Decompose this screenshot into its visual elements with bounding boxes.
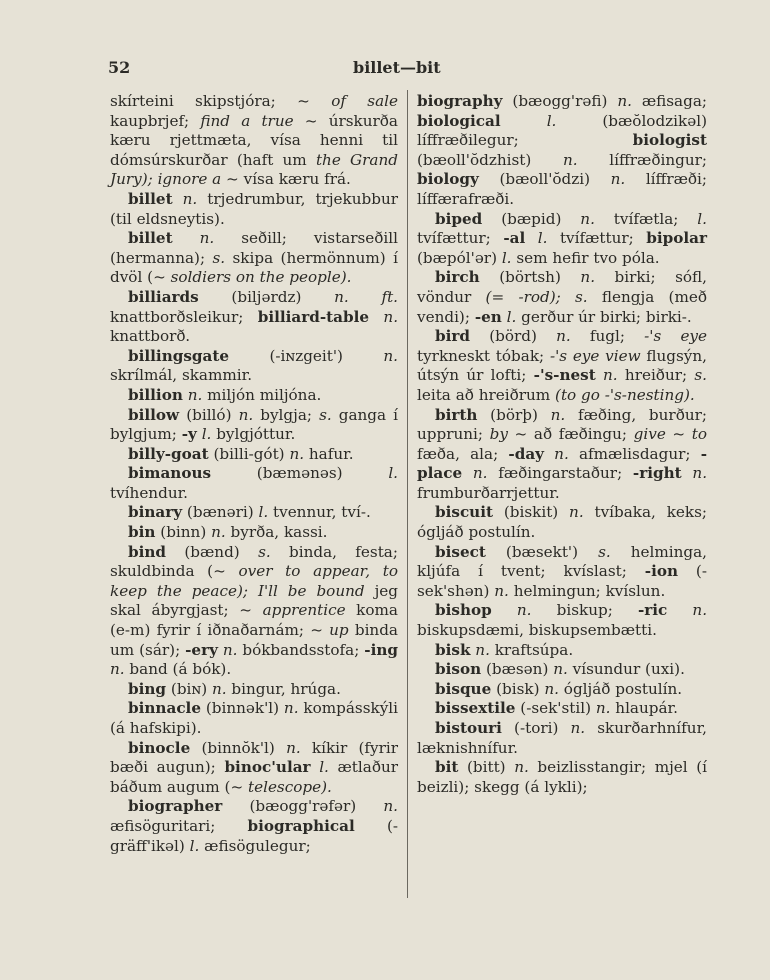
dictionary-entry: bimanous (bæmənəs) l. tvíhendur.	[110, 464, 398, 503]
definition-text: biskupsdæmi, biskupsembætti.	[417, 621, 657, 639]
italic-text: (to go -'s-nesting).	[555, 386, 695, 404]
definition-text: (bæsekt')	[486, 543, 598, 561]
dictionary-entry: bistouri (-tori) n. skurðarhnífur, lækni…	[417, 719, 707, 758]
italic-text: l.	[202, 425, 212, 443]
italic-text: l.	[259, 503, 269, 521]
definition-text: bókbandsstofa;	[237, 641, 364, 659]
italic-text: n.	[580, 268, 595, 286]
headword: bipolar	[646, 229, 707, 247]
definition-text	[311, 758, 320, 776]
definition-text: (biɴ)	[166, 680, 212, 698]
right-column: biography (bæogg'rəfi) n. æfisaga; biolo…	[417, 92, 707, 797]
headword: bison	[435, 660, 481, 678]
italic-text: n.	[188, 386, 203, 404]
headword: -y	[182, 425, 197, 443]
italic-text: n.	[692, 601, 707, 619]
dictionary-entry: bisque (bisk) n. ógljáð postulín.	[417, 680, 707, 700]
definition-text: bylgjóttur.	[211, 425, 295, 443]
dictionary-entry: skírteini skipstjóra; ~ of sale kaupbrje…	[110, 92, 398, 190]
italic-text: -'s eye	[644, 327, 707, 345]
dictionary-entry: billow (billó) n. bylgja; s. ganga í byl…	[110, 406, 398, 445]
definition-text: æfisöguritari;	[110, 817, 248, 835]
italic-text: n.	[692, 464, 707, 482]
definition-text: biskup;	[531, 601, 637, 619]
italic-text: l.	[388, 464, 398, 482]
italic-text: l.	[319, 758, 329, 776]
headword: billet	[128, 229, 173, 247]
italic-text: ~ soldiers on the people).	[153, 268, 351, 286]
definition-text: tvífættur;	[417, 229, 503, 247]
definition-text: byrða, kassi.	[226, 523, 328, 541]
dictionary-entry: bird (börd) n. fugl; -'s eye tyrkneskt t…	[417, 327, 707, 405]
headword: bin	[128, 523, 155, 541]
definition-text: knattborðsleikur;	[110, 308, 258, 326]
headword: birth	[435, 406, 477, 424]
headword: bishop	[435, 601, 492, 619]
definition-text: (bænəri)	[182, 503, 258, 521]
definition-text	[462, 464, 473, 482]
italic-text: s.	[319, 406, 332, 424]
definition-text	[173, 229, 200, 247]
dictionary-entry: biographer (bæogg'rəfər) n. æfisöguritar…	[110, 797, 398, 856]
headword: billy-goat	[128, 445, 209, 463]
definition-text: frumburðarrjettur.	[417, 484, 560, 502]
italic-text: n.	[383, 308, 398, 326]
definition-text: kraftsúpa.	[490, 641, 573, 659]
dictionary-entry: bisect (bæsekt') s. helminga, kljúfa í t…	[417, 543, 707, 602]
headword: bisk	[435, 641, 470, 659]
definition-text: að fæðingu;	[527, 425, 633, 443]
definition-text: líffræðingur;	[578, 151, 707, 169]
headword: bisect	[435, 543, 486, 561]
definition-text: (bæogg'rəfər)	[222, 797, 383, 815]
definition-text: skírteini skipstjóra;	[110, 92, 297, 110]
headword: biologist	[633, 131, 707, 149]
dictionary-entry: biped (bæpid) n. tvífætla; l. tvífættur;…	[417, 210, 707, 269]
dictionary-entry: billingsgate (-iɴzgeit') n. skrílmál, sk…	[110, 347, 398, 386]
headword: birch	[435, 268, 480, 286]
headword: billion	[128, 386, 183, 404]
italic-text: n.	[183, 190, 198, 208]
definition-text: (börþ)	[477, 406, 550, 424]
definition-text: fæða, ala;	[417, 445, 508, 463]
definition-text	[561, 288, 575, 306]
headword: biped	[435, 210, 482, 228]
dictionary-entry: binocle (binnŏk'l) n. kíkir (fyrir bæði …	[110, 739, 398, 798]
italic-text: n.	[571, 719, 586, 737]
definition-text: (-sek'stil)	[515, 699, 595, 717]
column-divider	[407, 90, 408, 898]
italic-text: n.	[211, 523, 226, 541]
definition-text: tvennur, tví-.	[268, 503, 371, 521]
italic-text: n. ft.	[334, 288, 398, 306]
italic-text: s.	[598, 543, 611, 561]
headword: billingsgate	[128, 347, 229, 365]
italic-text: n.	[596, 699, 611, 717]
definition-text: (biskit)	[493, 503, 569, 521]
italic-text: n.	[383, 347, 398, 365]
definition-text: (börtsh)	[480, 268, 581, 286]
definition-text	[525, 229, 538, 247]
left-column: skírteini skipstjóra; ~ of sale kaupbrje…	[110, 92, 398, 856]
headword: bind	[128, 543, 166, 561]
definition-text: afmælisdagur;	[569, 445, 701, 463]
dictionary-entry: billy-goat (billi-gót) n. hafur.	[110, 445, 398, 465]
definition-text: (binn)	[155, 523, 211, 541]
headword: biscuit	[435, 503, 493, 521]
definition-text: ógljáð postulín.	[559, 680, 682, 698]
headword: biographical	[248, 817, 355, 835]
italic-text: ~ up	[310, 621, 348, 639]
definition-text: (bæmənəs)	[211, 464, 388, 482]
page-header: 52 billet—bit	[108, 58, 698, 82]
definition-text: fæðingarstaður;	[487, 464, 632, 482]
dictionary-entry: birth (börþ) n. fæðing, burður; uppruni;…	[417, 406, 707, 504]
italic-text: n.	[563, 151, 578, 169]
dictionary-entry: bison (bæsən) n. vísundur (uxi).	[417, 660, 707, 680]
headword: bisque	[435, 680, 491, 698]
italic-text: l.	[547, 112, 557, 130]
italic-text: s.	[575, 288, 588, 306]
headword: biological	[417, 112, 501, 130]
definition-text	[492, 601, 517, 619]
headword: bird	[435, 327, 470, 345]
headword: binnacle	[128, 699, 201, 717]
italic-text: l.	[507, 308, 517, 326]
headword: bistouri	[435, 719, 502, 737]
italic-text: n.	[544, 680, 559, 698]
italic-text: n.	[603, 366, 618, 384]
definition-text: (binnək'l)	[201, 699, 284, 717]
headword: -al	[503, 229, 525, 247]
italic-text: n.	[473, 464, 488, 482]
headword: -ion	[645, 562, 678, 580]
italic-text: n.	[110, 660, 125, 678]
headword: binocle	[128, 739, 190, 757]
definition-text: bylgja;	[253, 406, 319, 424]
headword: -ing	[364, 641, 398, 659]
definition-text	[369, 308, 383, 326]
headword: -en	[475, 308, 502, 326]
page-number: 52	[108, 58, 130, 77]
italic-text: n.	[494, 582, 509, 600]
definition-text: (bisk)	[491, 680, 544, 698]
headword: biographer	[128, 797, 222, 815]
italic-text: -'s eye view	[550, 347, 641, 365]
italic-text: n.	[553, 660, 568, 678]
definition-text: hafur.	[304, 445, 353, 463]
dictionary-entry: bissextile (-sek'stil) n. hlaupár.	[417, 699, 707, 719]
dictionary-entry: binary (bænəri) l. tvennur, tví-.	[110, 503, 398, 523]
italic-text: n.	[200, 229, 215, 247]
italic-text: n.	[551, 406, 566, 424]
headword: -ery	[185, 641, 218, 659]
definition-text: (billi-gót)	[209, 445, 290, 463]
definition-text	[173, 190, 183, 208]
dictionary-entry: bin (binn) n. byrða, kassi.	[110, 523, 398, 543]
dictionary-entry: billet n. trjedrumbur, trjekubbur (til e…	[110, 190, 398, 229]
definition-text: (bænd)	[166, 543, 258, 561]
definition-text: (billó)	[179, 406, 238, 424]
definition-text: vísa kæru frá.	[239, 170, 351, 188]
definition-text: hlaupár.	[610, 699, 678, 717]
definition-text: (bæoll'ŏdzi)	[479, 170, 611, 188]
italic-text: s.	[694, 366, 707, 384]
italic-text: n.	[569, 503, 584, 521]
definition-text: tvífætla;	[595, 210, 697, 228]
definition-text: (biljərdz)	[199, 288, 334, 306]
dictionary-entry: bit (bitt) n. beizlisstangir; mjel (í be…	[417, 758, 707, 797]
dictionary-entry: billet n. seðill; vistarseðill (hermanna…	[110, 229, 398, 288]
definition-text: gerður úr birki; birki-.	[516, 308, 691, 326]
definition-text: (-tori)	[502, 719, 571, 737]
definition-text: leita að hreiðrum	[417, 386, 555, 404]
headword: binary	[128, 503, 182, 521]
headword: -'s-nest	[534, 366, 596, 384]
definition-text: knattborð.	[110, 327, 190, 345]
dictionary-entry: billiards (biljərdz) n. ft. knattborðsle…	[110, 288, 398, 347]
definition-text: helmingun; kvíslun.	[509, 582, 665, 600]
headword: -right	[633, 464, 682, 482]
definition-text: vísundur (uxi).	[568, 660, 685, 678]
definition-text: (bæpid)	[482, 210, 580, 228]
definition-text: (bæogg'rəfi)	[502, 92, 617, 110]
headword: billet	[128, 190, 173, 208]
definition-text: (-iɴzgeit')	[229, 347, 383, 365]
definition-text	[544, 445, 554, 463]
italic-text: n.	[475, 641, 490, 659]
italic-text: n.	[289, 445, 304, 463]
definition-text: æfisaga;	[632, 92, 707, 110]
headword: billiard-table	[258, 308, 369, 326]
definition-text: fugl;	[571, 327, 644, 345]
definition-text: band (á bók).	[125, 660, 232, 678]
headword: binoc'ular	[224, 758, 310, 776]
definition-text: kaupbrjef;	[110, 112, 200, 130]
headword: -day	[508, 445, 544, 463]
italic-text: n.	[611, 170, 626, 188]
headword: bimanous	[128, 464, 211, 482]
definition-text: æfisögulegur;	[199, 837, 310, 855]
italic-text: n.	[212, 680, 227, 698]
italic-text: n.	[554, 445, 569, 463]
italic-text: s.	[258, 543, 271, 561]
definition-text	[596, 366, 603, 384]
italic-text: (= -rod);	[486, 288, 561, 306]
italic-text: n.	[223, 641, 238, 659]
italic-text: n.	[284, 699, 299, 717]
headword: -ric	[638, 601, 667, 619]
italic-text: n.	[239, 406, 254, 424]
italic-text: ~ apprentice	[239, 601, 345, 619]
dictionary-entry: biography (bæogg'rəfi) n. æfisaga; biolo…	[417, 92, 707, 210]
dictionary-entry: biscuit (biskit) n. tvíbaka, keks; ógljá…	[417, 503, 707, 542]
italic-text: ~ of sale	[297, 92, 398, 110]
headword: bissextile	[435, 699, 515, 717]
headword: biology	[417, 170, 479, 188]
headword: billiards	[128, 288, 199, 306]
definition-text: skrílmál, skammir.	[110, 366, 252, 384]
italic-text: l.	[502, 249, 512, 267]
dictionary-entry: bishop n. biskup; -ric n. biskupsdæmi, b…	[417, 601, 707, 640]
definition-text: (börd)	[470, 327, 556, 345]
definition-text: hreiður;	[618, 366, 695, 384]
italic-text: by ~	[490, 425, 528, 443]
italic-text: n.	[517, 601, 532, 619]
italic-text: s.	[212, 249, 225, 267]
headword: bit	[435, 758, 458, 776]
italic-text: n.	[514, 758, 529, 776]
headword: bing	[128, 680, 166, 698]
italic-text: n.	[383, 797, 398, 815]
definition-text: (bæoll'ŏdzhist)	[417, 151, 563, 169]
definition-text: bingur, hrúga.	[227, 680, 341, 698]
dictionary-entry: bind (bænd) s. binda, festa; skuldbinda …	[110, 543, 398, 680]
italic-text: l.	[697, 210, 707, 228]
definition-text: (bæpól'ər)	[417, 249, 502, 267]
italic-text: n.	[580, 210, 595, 228]
dictionary-entry: binnacle (binnək'l) n. kompásskýli (á ha…	[110, 699, 398, 738]
italic-text: n.	[617, 92, 632, 110]
italic-text: l.	[190, 837, 200, 855]
dictionary-entry: bisk n. kraftsúpa.	[417, 641, 707, 661]
definition-text: sem hefir tvo póla.	[512, 249, 660, 267]
headword: billow	[128, 406, 179, 424]
italic-text: n.	[556, 327, 571, 345]
italic-text: ~ telescope).	[230, 778, 331, 796]
definition-text	[667, 601, 692, 619]
definition-text: tvífættur;	[547, 229, 646, 247]
headword: biography	[417, 92, 502, 110]
dictionary-entry: birch (börtsh) n. birki; sófl, vöndur (=…	[417, 268, 707, 327]
italic-text: n.	[286, 739, 301, 757]
definition-text: miljón miljóna.	[202, 386, 321, 404]
running-head: billet—bit	[353, 58, 441, 77]
italic-text: give ~ to	[634, 425, 707, 443]
dictionary-entry: billion n. miljón miljóna.	[110, 386, 398, 406]
definition-text: (binnŏk'l)	[190, 739, 286, 757]
italic-text: l.	[538, 229, 548, 247]
italic-text: find a true ~	[200, 112, 317, 130]
definition-text: (bitt)	[458, 758, 514, 776]
dictionary-entry: bing (biɴ) n. bingur, hrúga.	[110, 680, 398, 700]
definition-text: tyrkneskt tóbak;	[417, 347, 550, 365]
definition-text: (bæsən)	[481, 660, 553, 678]
definition-text: tvíhendur.	[110, 484, 188, 502]
definition-text	[682, 464, 693, 482]
definition-text	[501, 112, 547, 130]
